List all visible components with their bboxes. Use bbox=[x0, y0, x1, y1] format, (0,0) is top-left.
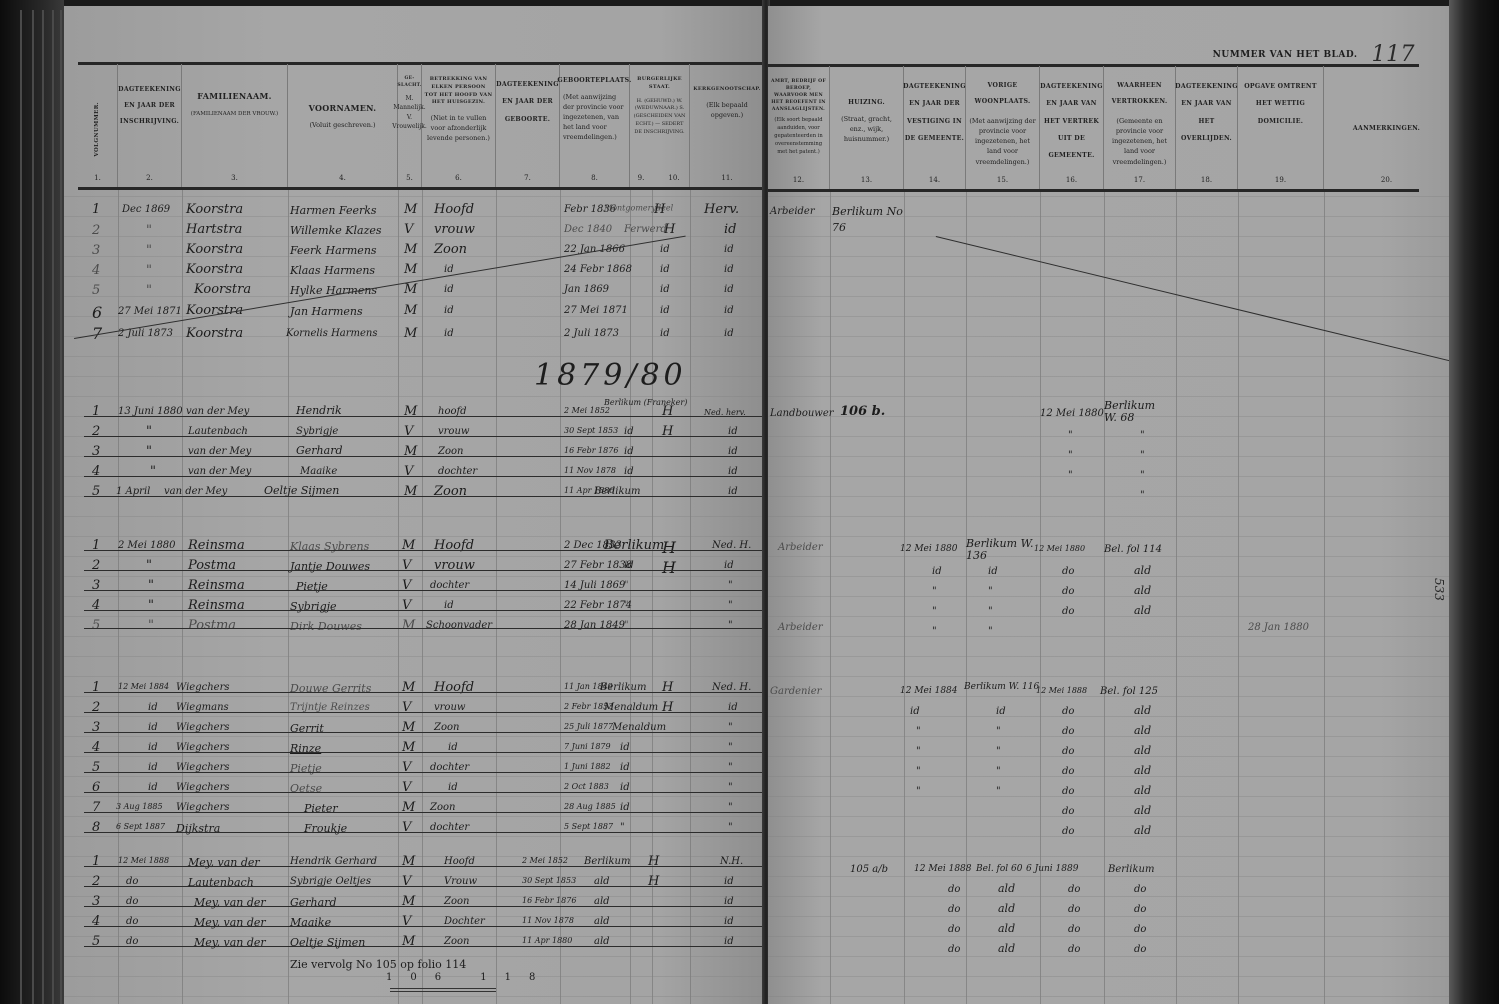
ruled-line bbox=[64, 356, 764, 357]
col-number: 19. bbox=[1238, 175, 1323, 186]
birth-place: id bbox=[660, 305, 670, 316]
left-page: VOLGNUMMER. 1. DAGTEEKENING EN JAAR DER … bbox=[64, 6, 764, 1004]
col-subtitle: (Elk soort bepaald aanduiden, voor gepat… bbox=[768, 116, 829, 156]
ruled-line bbox=[64, 196, 764, 197]
surname: Mey, van der bbox=[194, 916, 266, 929]
ruled-line bbox=[768, 536, 1449, 537]
col-number: 13. bbox=[830, 175, 903, 186]
destination: ald bbox=[1134, 744, 1151, 757]
settle-date: " bbox=[932, 606, 937, 617]
birth-date: 30 Sept 1853 bbox=[522, 876, 576, 885]
birth-date: 11 Nov 1878 bbox=[522, 916, 574, 925]
surname: Koorstra bbox=[186, 262, 243, 277]
settle-date: " bbox=[916, 786, 921, 797]
col-number: 9. bbox=[630, 173, 652, 184]
birth-date: 16 Febr 1876 bbox=[522, 896, 576, 905]
birth-date: 2 Juli 1873 bbox=[564, 328, 619, 339]
col-subtitle: (Gemeente en provincie voor ingezetenen,… bbox=[1104, 116, 1175, 166]
house-address: 106 b. bbox=[840, 404, 885, 419]
relation: id bbox=[444, 305, 454, 316]
ruled-line bbox=[768, 356, 1449, 357]
birth-date: 7 Juni 1879 bbox=[564, 742, 611, 751]
ruled-line bbox=[768, 556, 1449, 557]
departure-date: do bbox=[1062, 786, 1074, 797]
col-number: 16. bbox=[1040, 175, 1103, 186]
ruled-line bbox=[768, 456, 1449, 457]
settle-date: " bbox=[916, 726, 921, 737]
col-subtitle: H. (GEHUWD.) W. (WEDUWNAAR.) S. (GESCHEI… bbox=[630, 98, 689, 137]
given-names: Klaas Harmens bbox=[290, 264, 375, 277]
sex: M bbox=[402, 618, 415, 633]
destination: ald bbox=[1134, 584, 1151, 597]
col-head-17: WAARHEEN VERTROKKEN. (Gemeente en provin… bbox=[1104, 66, 1176, 190]
destination: ald bbox=[1134, 784, 1151, 797]
ruled-line bbox=[768, 736, 1449, 737]
church: id bbox=[724, 222, 736, 237]
birth-date: 28 Aug 1885 bbox=[564, 802, 616, 811]
col-title: VOORNAMEN. bbox=[307, 102, 379, 114]
departure-date: do bbox=[1062, 766, 1074, 777]
ruled-line bbox=[768, 916, 1449, 917]
birth-date: 2 Mei 1852 bbox=[522, 856, 568, 865]
departure-date: do bbox=[1062, 826, 1074, 837]
ruled-line bbox=[64, 776, 764, 777]
settle-date: 12 Mei 1880 bbox=[1040, 408, 1104, 419]
settle-date: 12 Mei 1884 bbox=[900, 686, 958, 696]
strike-line bbox=[84, 946, 764, 947]
destination: ald bbox=[1134, 724, 1151, 737]
ruled-line bbox=[64, 836, 764, 837]
volgnummer: 5 bbox=[92, 618, 100, 633]
relation: Zoon bbox=[434, 242, 467, 257]
strike-line bbox=[84, 610, 764, 611]
given-names: Oetse bbox=[290, 782, 322, 795]
departure-date: do bbox=[1062, 726, 1074, 737]
destination: ald bbox=[1134, 564, 1151, 577]
ruled-line bbox=[64, 816, 764, 817]
col-head-7: DAGTEEKENING EN JAAR DER GEBOORTE. 7. bbox=[496, 64, 560, 188]
given-names: Oeltje Sijmen bbox=[290, 936, 365, 949]
col-title: DAGTEEKENING EN JAAR VAN HET OVERLIJDEN. bbox=[1173, 78, 1240, 147]
house-address: Berlikum No 76 bbox=[832, 204, 912, 236]
given-names: Gerrit bbox=[290, 722, 324, 735]
departure-date: do bbox=[1068, 944, 1080, 955]
previous-residence: " bbox=[988, 606, 993, 617]
previous-residence: " bbox=[1140, 430, 1145, 441]
col-head-11: KERKGENOOTSCHAP. (Elk bepaald opgeven.) … bbox=[690, 64, 764, 188]
ruled-line bbox=[64, 656, 764, 657]
given-names: Pieter bbox=[304, 802, 338, 815]
col-number: 3. bbox=[182, 173, 287, 184]
strike-line bbox=[84, 570, 764, 571]
sex: M bbox=[404, 202, 417, 217]
birth-place: id bbox=[660, 328, 670, 339]
col-subtitle: (Met aanwijzing der provincie voor ingez… bbox=[560, 92, 629, 142]
departure-date: do bbox=[1062, 706, 1074, 717]
surname: Hartstra bbox=[186, 222, 242, 237]
settle-date: do bbox=[948, 884, 960, 895]
relation: id bbox=[444, 284, 454, 295]
inschrijving-date: 12 Mei 1888 bbox=[118, 856, 169, 865]
ruled-line bbox=[768, 256, 1449, 257]
relation: Hoofd bbox=[434, 202, 474, 217]
continuation-note: Zie vervolg No 105 op folio 114 bbox=[290, 958, 466, 971]
col-head-2: DAGTEEKENING EN JAAR DER INSCHRIJVING. 2… bbox=[118, 64, 182, 188]
previous-residence: Berlikum W. 116 bbox=[964, 682, 1042, 693]
birth-place: id bbox=[660, 264, 670, 275]
col-head-12: AMBT, BEDRIJF OF BEROEP, WAARVOOR MEN HE… bbox=[768, 66, 830, 190]
inschrijving-date: Dec 1869 bbox=[122, 204, 170, 215]
surname: Postma bbox=[188, 618, 236, 633]
strike-line bbox=[84, 550, 764, 551]
ruled-line bbox=[64, 396, 764, 397]
destination: ald bbox=[1134, 804, 1151, 817]
house-address: 105 a/b bbox=[850, 864, 888, 875]
church: id bbox=[724, 284, 734, 295]
birth-date: Dec 1840 bbox=[564, 224, 612, 235]
col-number: 7. bbox=[496, 173, 559, 184]
ruled-line bbox=[768, 776, 1449, 777]
strike-line bbox=[84, 812, 764, 813]
col-subtitle: (Elk bepaald opgeven.) bbox=[690, 100, 764, 120]
settle-date: " bbox=[1068, 470, 1073, 481]
ruled-line bbox=[768, 856, 1449, 857]
ruled-line bbox=[768, 636, 1449, 637]
given-names: Pietje bbox=[296, 580, 328, 593]
col-number: 15. bbox=[966, 175, 1039, 186]
col-number: 6. bbox=[422, 173, 495, 184]
previous-residence: ald bbox=[998, 882, 1015, 895]
strike-line bbox=[84, 906, 764, 907]
occupation: Arbeider bbox=[778, 622, 823, 633]
inschrijving-date: " bbox=[146, 263, 152, 278]
departure-date: do bbox=[1062, 806, 1074, 817]
col-subtitle: (Niet in te vullen voor afzonderlijk lev… bbox=[422, 113, 495, 143]
departure-date: do bbox=[1068, 904, 1080, 915]
strike-line bbox=[84, 456, 764, 457]
col-title: DAGTEEKENING EN JAAR DER GEBOORTE. bbox=[494, 76, 561, 128]
civil-status: H bbox=[662, 538, 676, 557]
church: id bbox=[724, 328, 734, 339]
birth-date: 11 Nov 1878 bbox=[564, 466, 616, 475]
destination: ald bbox=[1134, 824, 1151, 837]
col-title: DAGTEEKENING EN JAAR VAN HET VERTREK UIT… bbox=[1038, 78, 1105, 165]
col-title: FAMILIENAAM. bbox=[195, 90, 273, 102]
settle-date: " bbox=[916, 746, 921, 757]
ruled-line bbox=[768, 496, 1449, 497]
surname: Koorstra bbox=[186, 202, 243, 217]
previous-residence: id bbox=[988, 566, 998, 577]
birth-date: 25 Juli 1877 bbox=[564, 722, 613, 731]
sex: M bbox=[404, 326, 417, 341]
ruled-line bbox=[768, 876, 1449, 877]
given-names: Froukje bbox=[304, 822, 347, 835]
inschrijving-date: 12 Mei 1884 bbox=[118, 682, 169, 691]
inschrijving-date: " bbox=[146, 223, 152, 238]
ruled-line bbox=[768, 816, 1449, 817]
volgnummer: 1 bbox=[92, 202, 100, 217]
ruled-line bbox=[768, 836, 1449, 837]
strike-line bbox=[84, 496, 764, 497]
ruled-line bbox=[768, 956, 1449, 957]
settle-date: " bbox=[916, 766, 921, 777]
ruled-line bbox=[64, 576, 764, 577]
col-subtitle: (Straat, gracht, enz., wijk, huisnummer.… bbox=[830, 114, 903, 144]
col-title: KERKGENOOTSCHAP. bbox=[691, 86, 762, 94]
double-underline bbox=[390, 988, 496, 992]
departure-date: do bbox=[1062, 566, 1074, 577]
right-page: NUMMER VAN HET BLAD. 117 AMBT, BEDRIJF O… bbox=[768, 6, 1449, 1004]
year-heading: 1879/80 bbox=[534, 358, 687, 393]
sex: M bbox=[404, 262, 417, 277]
settle-date: do bbox=[948, 924, 960, 935]
birth-date: 11 Apr 1880 bbox=[522, 936, 572, 945]
ruled-line bbox=[768, 976, 1449, 977]
ruled-line bbox=[768, 616, 1449, 617]
volgnummer: 4 bbox=[92, 263, 100, 278]
col-head-13: HUIZING. (Straat, gracht, enz., wijk, hu… bbox=[830, 66, 904, 190]
col-head-1: VOLGNUMMER. 1. bbox=[78, 64, 118, 188]
col-title: HUIZING. bbox=[846, 98, 887, 108]
destination: do bbox=[1134, 884, 1146, 895]
strike-line bbox=[84, 416, 764, 417]
ruled-line bbox=[768, 716, 1449, 717]
destination: ald bbox=[1134, 764, 1151, 777]
destination: do bbox=[1134, 944, 1146, 955]
surname: Koorstra bbox=[186, 242, 243, 257]
given-names: Kornelis Harmens bbox=[286, 328, 378, 339]
settle-date: 12 Mei 1888 bbox=[914, 864, 972, 874]
birth-date: 2 Oct 1883 bbox=[564, 782, 609, 791]
col-number: 20. bbox=[1324, 175, 1449, 186]
col-title: AMBT, BEDRIJF OF BEROEP, WAARVOOR MEN HE… bbox=[768, 78, 829, 114]
ruled-line bbox=[768, 676, 1449, 677]
strike-line bbox=[84, 628, 764, 629]
previous-residence: ald bbox=[998, 922, 1015, 935]
previous-residence: " bbox=[1140, 450, 1145, 461]
ruled-line bbox=[768, 936, 1449, 937]
ruled-line bbox=[64, 956, 764, 957]
relation: Schoonvader bbox=[426, 620, 492, 631]
civil-status: H bbox=[654, 202, 665, 217]
ruled-line bbox=[64, 236, 764, 237]
margin-note: 533 bbox=[1432, 578, 1446, 601]
ruled-line bbox=[768, 796, 1449, 797]
given-names: Douwe Gerrits bbox=[290, 682, 371, 695]
ruled-line bbox=[768, 516, 1449, 517]
given-names: Harmen Feerks bbox=[290, 204, 377, 217]
volgnummer: 2 bbox=[92, 223, 100, 238]
sex: V bbox=[404, 222, 413, 237]
surname: Mey, van der bbox=[194, 936, 266, 949]
destination: do bbox=[1134, 924, 1146, 935]
inschrijving-date: 27 Mei 1871 bbox=[118, 306, 182, 317]
surname: Koorstra bbox=[186, 326, 243, 341]
ruled-line bbox=[768, 576, 1449, 577]
settle-date: do bbox=[948, 944, 960, 955]
col-head-3: FAMILIENAAM. (FAMILIENAAM DER VROUW.) 3. bbox=[182, 64, 288, 188]
book-edge-right bbox=[1449, 0, 1499, 1004]
sex: M bbox=[404, 303, 417, 318]
settle-date: " bbox=[932, 586, 937, 597]
strike-line bbox=[84, 772, 764, 773]
ruled-line bbox=[768, 756, 1449, 757]
inschrijving-date: 6 Sept 1887 bbox=[116, 822, 165, 831]
inschrijving-date: " bbox=[146, 243, 152, 258]
col-title: VOLGNUMMER. bbox=[93, 102, 102, 157]
surname: Mey, van der bbox=[188, 856, 260, 869]
inschrijving-date: " bbox=[148, 618, 154, 633]
surname: Lautenbach bbox=[188, 876, 254, 889]
ruled-line bbox=[64, 756, 764, 757]
ruled-line bbox=[64, 696, 764, 697]
previous-residence: ald bbox=[998, 942, 1015, 955]
previous-residence: Bel. fol 60 bbox=[976, 864, 1022, 874]
departure-date: do bbox=[1062, 746, 1074, 757]
church: id bbox=[724, 305, 734, 316]
destination: Bel. fol 125 bbox=[1100, 686, 1158, 697]
right-header: AMBT, BEDRIJF OF BEROEP, WAARVOOR MEN HE… bbox=[768, 66, 1419, 190]
occupation: Arbeider bbox=[770, 206, 815, 217]
col-number: 14. bbox=[904, 175, 965, 186]
ruled-line bbox=[64, 616, 764, 617]
given-names: Sybrigje bbox=[290, 600, 337, 613]
departure-date: do bbox=[1062, 586, 1074, 597]
col-number: 12. bbox=[768, 175, 829, 186]
col-head-20: AANMERKINGEN. 20. bbox=[1324, 66, 1449, 190]
church: id bbox=[724, 244, 734, 255]
departure-date: do bbox=[1062, 606, 1074, 617]
volgnummer: 5 bbox=[92, 283, 100, 298]
strike-line bbox=[84, 692, 764, 693]
ruled-line bbox=[64, 676, 764, 677]
birth-date: 28 Jan 1849 bbox=[564, 620, 625, 631]
strike-line bbox=[84, 792, 764, 793]
church: id bbox=[724, 264, 734, 275]
birth-date: 16 Febr 1876 bbox=[564, 446, 618, 455]
ruled-line bbox=[768, 896, 1449, 897]
birth-date: 1 Juni 1882 bbox=[564, 762, 611, 771]
previous-residence: Berlikum W. 68 bbox=[1104, 400, 1170, 424]
header-bottom-rule bbox=[78, 187, 764, 190]
relation: id bbox=[444, 264, 454, 275]
col-title: GE-SLACHT. bbox=[395, 76, 423, 90]
col-head-4: VOORNAMEN. (Voluit geschreven.) 4. bbox=[288, 64, 398, 188]
given-names: Klaas Sybrens bbox=[290, 540, 369, 553]
destination: Berlikum bbox=[1108, 864, 1154, 875]
col-subtitle: (Voluit geschreven.) bbox=[307, 120, 379, 130]
ruled-line bbox=[64, 716, 764, 717]
given-names: Maaike bbox=[290, 916, 331, 929]
ruled-line bbox=[64, 556, 764, 557]
strike-line bbox=[84, 926, 764, 927]
ruled-line bbox=[768, 396, 1449, 397]
settle-date: " bbox=[932, 626, 937, 637]
strike-line bbox=[84, 752, 764, 753]
departure-date: do bbox=[1068, 924, 1080, 935]
occupation: Landbouwer bbox=[770, 408, 834, 419]
col-head-9-10: BURGERLIJKE STAAT. H. (GEHUWD.) W. (WEDU… bbox=[630, 64, 690, 188]
civil-status: H bbox=[664, 222, 675, 237]
col-head-16: DAGTEEKENING EN JAAR VAN HET VERTREK UIT… bbox=[1040, 66, 1104, 190]
departure-date: 12 Mei 1880 bbox=[1034, 544, 1085, 553]
col-head-8: GEBOORTEPLAATS. (Met aanwijzing der prov… bbox=[560, 64, 630, 188]
birth-place: " bbox=[624, 620, 629, 631]
strike-line bbox=[84, 476, 764, 477]
strike-line bbox=[84, 732, 764, 733]
birth-date: 27 Mei 1871 bbox=[564, 305, 628, 316]
previous-residence: " bbox=[996, 786, 1001, 797]
col-title: GEBOORTEPLAATS. bbox=[555, 76, 633, 86]
col-head-6: BETREKKING VAN ELKEN PERSOON TOT HET HOO… bbox=[422, 64, 496, 188]
col-number: 4. bbox=[288, 173, 397, 184]
given-names: Gerhard bbox=[290, 896, 337, 909]
given-names: Jan Harmens bbox=[290, 305, 363, 318]
ruled-line bbox=[64, 636, 764, 637]
occupation: Gardenier bbox=[770, 686, 821, 697]
destination: ald bbox=[1134, 604, 1151, 617]
given-names: Rinze bbox=[290, 742, 321, 755]
settle-date: id bbox=[932, 566, 942, 577]
col-head-18: DAGTEEKENING EN JAAR VAN HET OVERLIJDEN.… bbox=[1176, 66, 1238, 190]
continuation-note-line2: 106 118 bbox=[386, 972, 553, 983]
settle-date: " bbox=[1068, 430, 1073, 441]
col-title: WAARHEEN VERTROKKEN. bbox=[1104, 78, 1175, 110]
settle-date: 12 Mei 1880 bbox=[900, 544, 958, 554]
strike-line bbox=[84, 886, 764, 887]
birth-date: 2 Mei 1852 bbox=[564, 406, 610, 415]
birth-place: Ferwerd bbox=[624, 224, 667, 235]
ruled-line bbox=[768, 656, 1449, 657]
birth-place: Berlikum (Franeker) bbox=[604, 398, 687, 407]
col-number: 5. bbox=[398, 173, 421, 184]
header-bottom-rule bbox=[768, 189, 1419, 192]
col-number: 18. bbox=[1176, 175, 1237, 186]
ruled-line bbox=[768, 316, 1449, 317]
col-title: VORIGE WOONPLAATS. bbox=[966, 78, 1039, 110]
col-head-5: GE-SLACHT. M. Mannelijk. V. Vrouwelijk. … bbox=[398, 64, 422, 188]
ruled-line bbox=[768, 436, 1449, 437]
previous-residence: " bbox=[996, 766, 1001, 777]
inschrijving-date: 3 Aug 1885 bbox=[116, 802, 163, 811]
col-number: 11. bbox=[690, 173, 764, 184]
settle-date: " bbox=[1068, 450, 1073, 461]
ruled-line bbox=[768, 196, 1449, 197]
previous-residence: ald bbox=[998, 902, 1015, 915]
death-date: 28 Jan 1880 bbox=[1248, 622, 1309, 633]
occupation: Arbeider bbox=[778, 542, 823, 553]
destination: ald bbox=[1134, 704, 1151, 717]
previous-residence: " bbox=[996, 746, 1001, 757]
strike-line bbox=[84, 866, 764, 867]
surname: Dijkstra bbox=[176, 822, 220, 835]
ruled-line bbox=[64, 916, 764, 917]
ruled-line bbox=[64, 536, 764, 537]
surname: Koorstra bbox=[194, 282, 251, 297]
birth-date: 30 Sept 1853 bbox=[564, 426, 618, 435]
church: " bbox=[728, 620, 733, 631]
ruled-line bbox=[768, 476, 1449, 477]
ruled-line bbox=[64, 996, 764, 997]
inschrijving-date: " bbox=[146, 283, 152, 298]
surname: Mey, van der bbox=[194, 896, 266, 909]
relation: id bbox=[444, 328, 454, 339]
ruled-line bbox=[64, 516, 764, 517]
previous-residence: id bbox=[996, 706, 1006, 717]
ruled-line bbox=[64, 796, 764, 797]
previous-residence: " bbox=[1140, 470, 1145, 481]
cancel-stroke bbox=[936, 236, 1449, 362]
